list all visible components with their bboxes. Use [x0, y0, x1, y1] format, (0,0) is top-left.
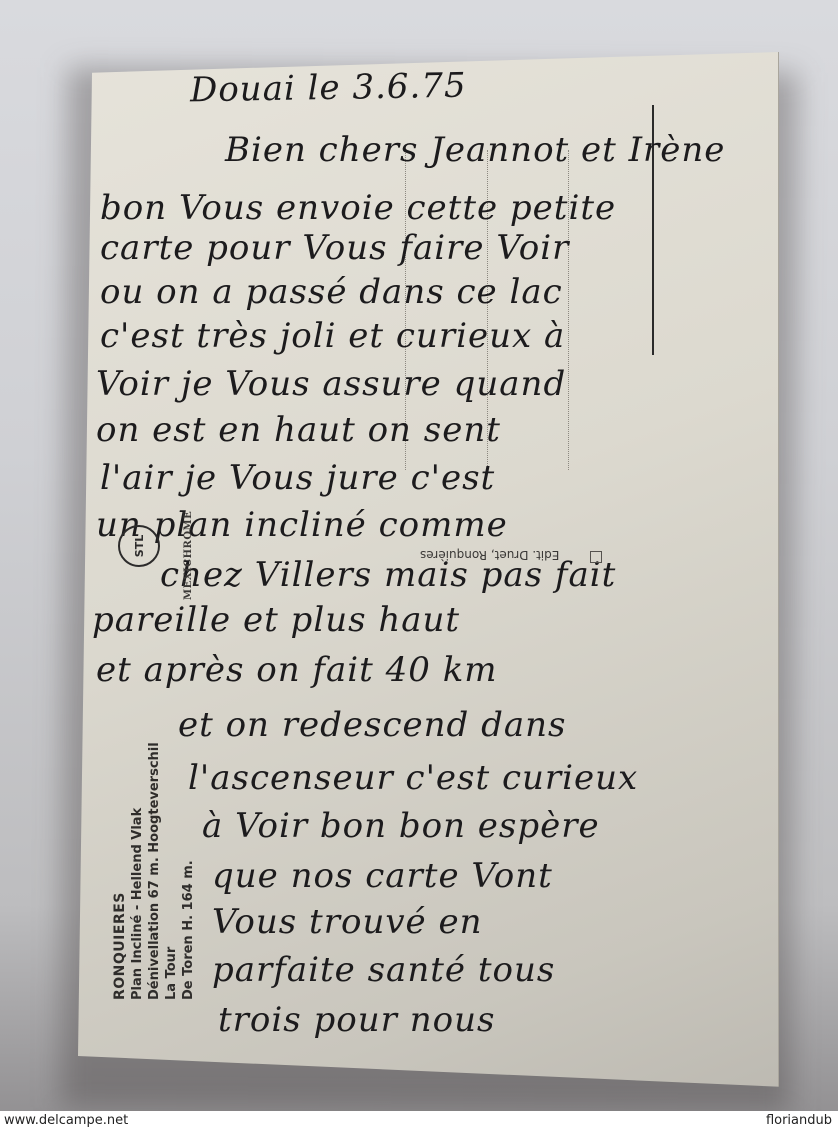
handwritten-line: Voir je Vous assure quand — [96, 364, 566, 404]
watermark-bar: www.delcampe.net floriandub — [0, 1111, 838, 1131]
handwritten-line: l'ascenseur c'est curieux — [188, 758, 638, 798]
handwritten-line: ou on a passé dans ce lac — [100, 272, 563, 312]
caption-line: Dénivellation 67 m. Hoogteverschil — [146, 742, 163, 1000]
handwritten-line: que nos carte Vont — [212, 856, 553, 896]
logo-text: STL — [133, 535, 146, 557]
handwritten-line: à Voir bon bon espère — [202, 806, 600, 846]
publisher-logo-icon: STL — [118, 525, 160, 567]
handwritten-line: parfaite santé tous — [212, 950, 555, 990]
handwritten-line: et après on fait 40 km — [96, 650, 498, 690]
caption-line: Plan Incliné - Hellend Vlak — [129, 742, 146, 1000]
printer-mark: MEXICHROME — [183, 511, 194, 600]
handwritten-line: pareille et plus haut — [92, 600, 460, 640]
caption-line: La Tour — [163, 742, 180, 1000]
handwritten-line: Vous trouvé en — [212, 902, 483, 942]
printed-caption: RONQUIERES Plan Incliné - Hellend Vlak D… — [112, 742, 197, 1000]
watermark-site: www.delcampe.net — [4, 1113, 128, 1128]
stamp-box-icon — [590, 551, 602, 563]
handwritten-line: on est en haut on sent — [96, 410, 501, 450]
handwritten-line: trois pour nous — [218, 1000, 495, 1040]
caption-line: De Toren H. 164 m. — [180, 742, 197, 1000]
publisher-text: Edit. Druet, Ronquières — [420, 548, 559, 562]
handwritten-line: l'air je Vous jure c'est — [100, 458, 495, 498]
handwritten-line: Bien chers Jeannot et Irène — [225, 130, 725, 170]
handwritten-line: bon Vous envoie cette petite — [100, 188, 616, 228]
handwritten-line: c'est très joli et curieux à — [100, 316, 565, 356]
watermark-seller: floriandub — [766, 1113, 832, 1128]
handwritten-line: et on redescend dans — [178, 705, 567, 745]
handwritten-line: carte pour Vous faire Voir — [100, 228, 569, 268]
caption-title: RONQUIERES — [112, 742, 129, 1000]
handwritten-date: Douai le 3.6.75 — [190, 66, 467, 111]
